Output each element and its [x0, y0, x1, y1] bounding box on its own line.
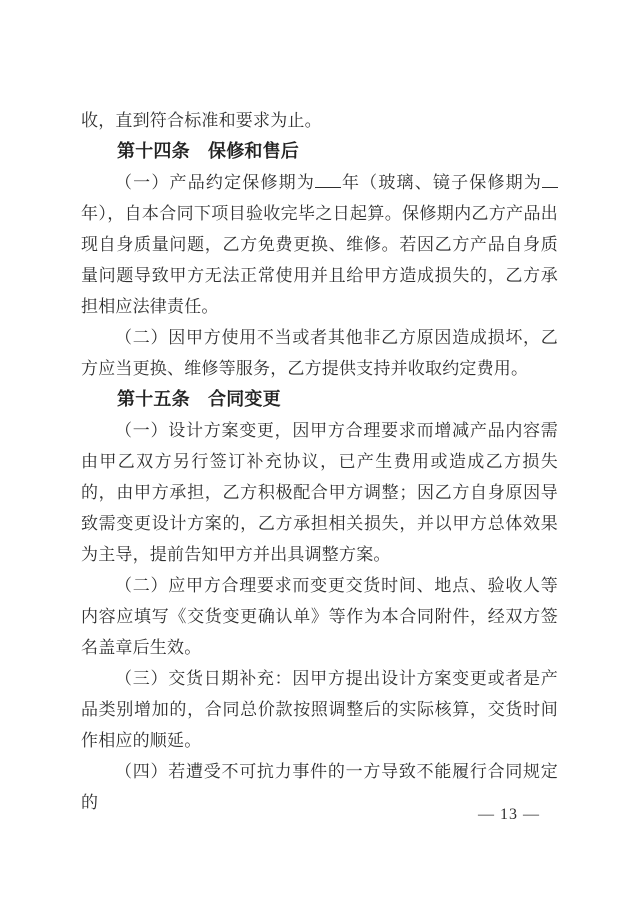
contract-body: 收，直到符合标准和要求为止。 第十四条 保修和售后 （一）产品约定保修期为年（玻… [81, 105, 558, 818]
warranty-term-paragraph: （一）产品约定保修期为年（玻璃、镜子保修期为年），自本合同下项目验收完毕之日起算… [81, 167, 558, 322]
design-change-paragraph: （一）设计方案变更，因甲方合理要求而增减产品内容需由甲乙双方另行签订补充协议，已… [81, 415, 558, 570]
delivery-date-supplement-paragraph: （三）交货日期补充：因甲方提出设计方案变更或者是产品类别增加的，合同总价款按照调… [81, 663, 558, 756]
contract-page: 收，直到符合标准和要求为止。 第十四条 保修和售后 （一）产品约定保修期为年（玻… [0, 0, 640, 905]
page-number: — 13 — [478, 804, 540, 826]
warranty-term-text-2: 年（玻璃、镜子保修期为 [341, 173, 542, 192]
fill-in-blank-glass-mirror-years [542, 171, 558, 188]
article-14-heading: 第十四条 保修和售后 [81, 136, 558, 167]
warranty-term-text-3: 年），自本合同下项目验收完毕之日起算。保修期内乙方产品出现自身质量问题，乙方免费… [81, 204, 558, 316]
warranty-term-text-1: （一）产品约定保修期为 [115, 173, 315, 192]
article-15-heading: 第十五条 合同变更 [81, 384, 558, 415]
continuation-text: 收，直到符合标准和要求为止。 [81, 105, 558, 136]
delivery-change-paragraph: （二）应甲方合理要求而变更交货时间、地点、验收人等内容应填写《交货变更确认单》等… [81, 570, 558, 663]
warranty-damage-paragraph: （二）因甲方使用不当或者其他非乙方原因造成损坏，乙方应当更换、维修等服务，乙方提… [81, 322, 558, 384]
fill-in-blank-warranty-years [315, 171, 341, 188]
